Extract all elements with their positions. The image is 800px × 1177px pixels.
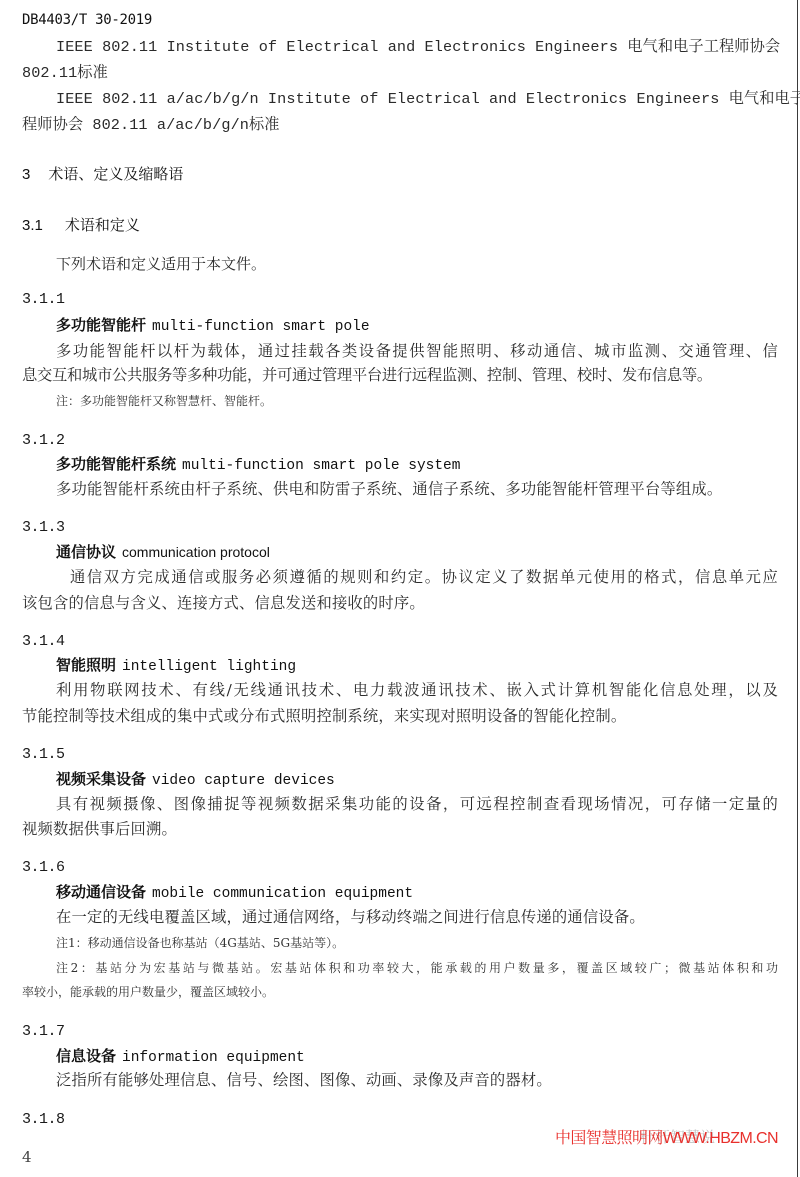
term-heading: 多功能智能杆multi-function smart pole xyxy=(56,318,370,335)
clause-number: 3.1.1 xyxy=(22,292,65,307)
clause-number: 3.1.4 xyxy=(22,634,65,649)
term-heading: 移动通信设备mobile communication equipment xyxy=(56,885,413,902)
term-heading: 多功能智能杆系统multi-function smart pole system xyxy=(56,457,460,474)
reference-ieee-80211n-line1: IEEE 802.11 a/ac/b/g/n Institute of Elec… xyxy=(56,92,800,107)
definition-text: 节能控制等技术组成的集中式或分布式照明控制系统，来实现对照明设备的智能化控制。 xyxy=(22,709,626,724)
reference-ieee-80211-line2: 802.11标准 xyxy=(22,66,108,81)
page-number: 4 xyxy=(22,1150,32,1165)
clause-number: 3.1.6 xyxy=(22,860,65,875)
section-heading-3: 3术语、定义及缩略语 xyxy=(22,167,183,182)
clause-number: 3.1.2 xyxy=(22,433,65,448)
note-text: 注2：基站分为宏基站与微基站。宏基站体积和功率较大，能承载的用户数量多，覆盖区域… xyxy=(56,962,778,974)
term-zh: 视频采集设备 xyxy=(56,770,146,788)
definition-text: 多功能智能杆系统由杆子系统、供电和防雷子系统、通信子系统、多功能智能杆管理平台等… xyxy=(56,482,722,497)
reference-ieee-80211-line1: IEEE 802.11 Institute of Electrical and … xyxy=(56,40,780,55)
clause-number: 3.1.7 xyxy=(22,1024,65,1039)
term-en: communication protocol xyxy=(122,544,270,560)
term-en: intelligent lighting xyxy=(122,659,296,675)
definition-text: 泛指所有能够处理信息、信号、绘图、图像、动画、录像及声音的器材。 xyxy=(56,1073,552,1088)
term-en: information equipment xyxy=(122,1050,305,1066)
definition-text: 该包含的信息与含义、连接方式、信息发送和接收的时序。 xyxy=(22,596,425,611)
definition-text: 息交互和城市公共服务等多种功能，并可通过管理平台进行远程监测、控制、管理、校时、… xyxy=(22,368,712,383)
subsection-number: 3.1 xyxy=(22,218,43,233)
term-zh: 移动通信设备 xyxy=(56,883,146,901)
term-zh: 信息设备 xyxy=(56,1047,116,1065)
term-en: video capture devices xyxy=(152,773,335,789)
definition-text: 在一定的无线电覆盖区域，通过通信网络，与移动终端之间进行信息传递的通信设备。 xyxy=(56,910,645,925)
document-code-header: DB4403/T 30-2019 xyxy=(22,13,152,27)
term-heading: 信息设备information equipment xyxy=(56,1049,305,1066)
term-heading: 视频采集设备video capture devices xyxy=(56,772,335,789)
section-number: 3 xyxy=(22,167,30,182)
site-watermark: 中国智慧照明网WWW.HBZM.CN xyxy=(555,1131,778,1147)
term-en: multi-function smart pole system xyxy=(182,458,460,474)
definition-text: 多功能智能杆以杆为载体，通过挂载各类设备提供智能照明、移动通信、城市监测、交通管… xyxy=(56,344,778,359)
definition-text: 视频数据供事后回溯。 xyxy=(22,822,177,837)
term-zh: 通信协议 xyxy=(56,543,116,561)
subsection-intro: 下列术语和定义适用于本文件。 xyxy=(56,257,266,272)
section-title: 术语、定义及缩略语 xyxy=(48,166,183,183)
term-en: mobile communication equipment xyxy=(152,886,413,902)
note-text: 率较小，能承载的用户数量少，覆盖区域较小。 xyxy=(22,986,274,998)
reference-ieee-80211n-line2: 程师协会 802.11 a/ac/b/g/n标准 xyxy=(22,118,280,133)
definition-text: 具有视频摄像、图像捕捉等视频数据采集功能的设备，可远程控制查看现场情况，可存储一… xyxy=(56,797,778,812)
term-zh: 多功能智能杆系统 xyxy=(56,455,176,473)
definition-text: 利用物联网技术、有线/无线通讯技术、电力载波通讯技术、嵌入式计算机智能化信息处理… xyxy=(56,683,778,698)
term-zh: 多功能智能杆 xyxy=(56,316,146,334)
subsection-title: 术语和定义 xyxy=(65,217,140,234)
term-heading: 智能照明intelligent lighting xyxy=(56,658,296,675)
clause-number: 3.1.3 xyxy=(22,520,65,535)
note-text: 注1：移动通信设备也称基站（4G基站、5G基站等）。 xyxy=(56,937,344,949)
clause-number: 3.1.8 xyxy=(22,1112,65,1127)
term-zh: 智能照明 xyxy=(56,656,116,674)
term-heading: 通信协议communication protocol xyxy=(56,545,270,560)
page-right-border xyxy=(797,0,798,1177)
subsection-heading-3-1: 3.1术语和定义 xyxy=(22,218,140,233)
definition-text: 通信双方完成通信或服务必须遵循的规则和约定。协议定义了数据单元使用的格式，信息单… xyxy=(70,570,778,585)
term-en: multi-function smart pole xyxy=(152,319,370,335)
clause-number: 3.1.5 xyxy=(22,747,65,762)
note-text: 注：多功能智能杆又称智慧杆、智能杆。 xyxy=(56,395,272,407)
